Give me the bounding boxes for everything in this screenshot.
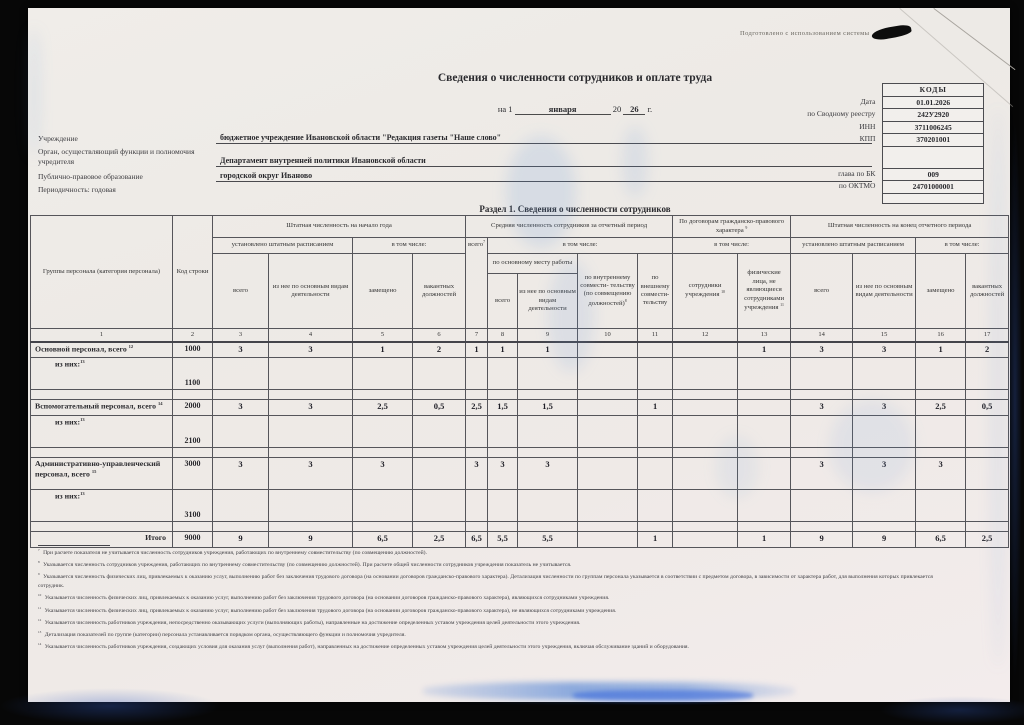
cell-value: 3 [269,458,353,490]
cell-value [673,358,738,390]
cell-value [916,448,966,458]
header-vacant: вакантных должностей [966,254,1009,329]
cell-value [791,390,853,400]
cell-value [791,490,853,522]
header-of-main: из нее по основным видам деятельности [853,254,916,329]
section-title: Раздел 1. Сведения о численности сотрудн… [208,204,942,214]
cell-value [916,358,966,390]
column-number: 10 [578,329,638,342]
cell-value [213,416,269,448]
cell-value: 1 [738,532,791,548]
column-number: 5 [353,329,413,342]
table-row: Основной персонал, всего 121000331211113… [31,342,1009,358]
row-label: Вспомогательный персонал, всего 14 [31,400,173,416]
cell-value [213,490,269,522]
cell-value [578,458,638,490]
cell-value: 6,5 [916,532,966,548]
cell-value [738,358,791,390]
cell-value [578,342,638,358]
requisite-value: Департамент внутренней политики Ивановск… [216,155,872,167]
cell-value [791,358,853,390]
cell-value: 1 [916,342,966,358]
cell-value: 2 [413,342,466,358]
cell-value [966,358,1009,390]
cell-value [353,522,413,532]
codes-row: Дата01.01.2026 [744,96,984,110]
cell-value: 1 [738,342,791,358]
codes-value: 370201001 [882,133,984,147]
cell-value [673,390,738,400]
cell-value [578,390,638,400]
cell-value [916,390,966,400]
footnote: 14 Указывается численность работников уч… [38,642,944,652]
cell-value [966,522,1009,532]
cell-value [673,458,738,490]
footnote-rule [38,545,110,546]
table-row [31,390,1009,400]
cell-value [488,390,518,400]
date-year: 26 [623,104,645,115]
cell-value: 0,5 [966,400,1009,416]
cell-value: 6,5 [353,532,413,548]
row-label: Основной персонал, всего 12 [31,342,173,358]
cell-value [966,416,1009,448]
row-code [173,390,213,400]
codes-value [882,193,984,204]
cell-value [738,522,791,532]
cell-value [413,522,466,532]
cell-value: 3 [269,342,353,358]
codes-header: КОДЫ [882,83,984,97]
cell-value [638,448,673,458]
cell-value: 1,5 [488,400,518,416]
header-vacant: вакантных должностей [413,254,466,329]
header-approved: установлено штатным расписанием [213,238,353,254]
staff-table: Группы персонала (категория персонала) К… [30,215,1009,548]
cell-value [966,448,1009,458]
cell-value: 3 [853,400,916,416]
codes-value: 01.01.2026 [882,96,984,110]
column-number: 1 [31,329,173,342]
row-code: 3000 [173,458,213,490]
requisite-row: Орган, осуществляющий функции и полномоч… [38,147,872,167]
row-label: из них:13 [31,490,173,522]
row-code: 2100 [173,416,213,448]
cell-value [488,448,518,458]
header-total: всего [213,254,269,329]
cell-value [673,342,738,358]
date-prefix: на 1 [498,104,513,114]
requisite-row: Публично-правовое образованиегородской о… [38,170,872,182]
row-code [173,522,213,532]
cell-value: 3 [791,400,853,416]
cell-value [578,448,638,458]
table-row: Вспомогательный персонал, всего 14200033… [31,400,1009,416]
cell-value [413,358,466,390]
cell-value: 5,5 [488,532,518,548]
codes-value: 24701000001 [882,180,984,194]
cell-value [213,522,269,532]
prepared-note-text: Подготовлено с использованием системы [740,30,869,37]
cell-value: 3 [916,458,966,490]
cell-value [518,490,578,522]
footnote: 10 Указывается численность физических ли… [38,593,944,603]
cell-value: 9 [791,532,853,548]
header-total: всего [791,254,853,329]
cell-value: 3 [488,458,518,490]
cell-value: 1 [466,342,488,358]
cell-value [466,490,488,522]
column-number: 7 [466,329,488,342]
cell-value [518,522,578,532]
cell-value [916,416,966,448]
cell-value: 2,5 [466,400,488,416]
cell-value [466,358,488,390]
table-row: из них:132100 [31,416,1009,448]
cell-value [673,522,738,532]
column-number: 2 [173,329,213,342]
table-row: Итого9000996,52,56,55,55,511996,52,5 [31,532,1009,548]
cell-value [791,416,853,448]
footnote: 13 Детализация показателей по группе (ка… [38,630,944,640]
header-incl: в том числе: [916,238,1009,254]
date-century: 20 [613,104,622,114]
cell-value: 3 [791,458,853,490]
cell-value [578,522,638,532]
column-number: 8 [488,329,518,342]
cell-value [466,390,488,400]
codes-value: 242У2920 [882,108,984,122]
cell-value: 3 [353,458,413,490]
requisite-label: Орган, осуществляющий функции и полномоч… [38,147,216,167]
cell-value [488,358,518,390]
column-number: 17 [966,329,1009,342]
cell-value [673,490,738,522]
column-number: 6 [413,329,466,342]
cell-value [638,342,673,358]
cell-value [353,416,413,448]
cell-value: 2,5 [413,532,466,548]
codes-value: 3711006245 [882,121,984,135]
cell-value [269,390,353,400]
cell-value [738,448,791,458]
cell-value [966,490,1009,522]
row-code: 1100 [173,358,213,390]
fold-line [933,8,1015,70]
cell-value: 9 [213,532,269,548]
cell-value [518,416,578,448]
cell-value: 2,5 [353,400,413,416]
cell-value [213,390,269,400]
cell-value [578,490,638,522]
cell-value [213,448,269,458]
cell-value [966,390,1009,400]
cell-value: 5,5 [518,532,578,548]
header-replaced: замещено [916,254,966,329]
row-label [31,390,173,400]
codes-row: по Сводному реестру242У2920 [744,108,984,122]
requisite-value: бюджетное учреждение Ивановской области … [216,132,872,144]
cell-value [738,490,791,522]
cell-value [853,390,916,400]
header-groups: Группы персонала (категория персонала) [31,216,173,329]
table-row: из них:133100 [31,490,1009,522]
header-staff-emp: сотрудники учреждения 10 [673,254,738,329]
cell-value: 6,5 [466,532,488,548]
cell-value: 3 [213,458,269,490]
cell-value [353,448,413,458]
header-civil-contracts: По договорам гражданско-правового характ… [673,216,791,238]
cell-value [673,448,738,458]
column-numbers-row: 1234567891011121314151617 [31,329,1009,342]
table-row: из них:131100 [31,358,1009,390]
cell-value [853,448,916,458]
cell-value [853,522,916,532]
requisite-row: Учреждениебюджетное учреждение Ивановско… [38,132,872,144]
cell-value [738,416,791,448]
requisite-label: Учреждение [38,134,216,144]
header-total: всего [488,274,518,329]
scan-streak [423,682,795,700]
requisites: Учреждениебюджетное учреждение Ивановско… [38,132,872,197]
date-suffix: г. [648,104,653,114]
cell-value [638,490,673,522]
cell-value: 3 [213,342,269,358]
table-header: Группы персонала (категория персонала) К… [31,216,1009,342]
cell-value: 1,5 [518,400,578,416]
cell-value [488,522,518,532]
codes-header-row: КОДЫ [744,83,984,97]
cell-value: 9 [269,532,353,548]
date-month: января [515,104,611,115]
column-number: 11 [638,329,673,342]
cell-value: 3 [466,458,488,490]
cell-value [916,522,966,532]
header-replaced: замещено [353,254,413,329]
cell-value [466,416,488,448]
redaction-blob [871,24,912,42]
cell-value [413,490,466,522]
row-code: 9000 [173,532,213,548]
table-row [31,448,1009,458]
column-number: 9 [518,329,578,342]
column-number: 13 [738,329,791,342]
cell-value: 9 [853,532,916,548]
cell-value: 1 [638,400,673,416]
cell-value [269,416,353,448]
scan-streak [573,690,753,701]
header-approved: установлено штатным расписанием [791,238,916,254]
cell-value [673,532,738,548]
cell-value [488,416,518,448]
cell-value [353,358,413,390]
cell-value [518,390,578,400]
cell-value [269,358,353,390]
footnote: 8 Указывается численность сотрудников уч… [38,560,944,570]
cell-value: 1 [353,342,413,358]
header-incl: в том числе: [488,238,673,254]
requisite-label: Периодичность: годовая [38,185,216,195]
cell-value [269,448,353,458]
row-label [31,448,173,458]
codes-value [882,146,984,169]
cell-value: 0,5 [413,400,466,416]
cell-value [578,532,638,548]
cell-value [413,458,466,490]
codes-label: Дата [744,96,882,110]
cell-value [966,458,1009,490]
footnote: 12 Указывается численность работников уч… [38,618,944,628]
column-number: 14 [791,329,853,342]
cell-value: 3 [213,400,269,416]
cell-value [413,416,466,448]
cell-value [638,416,673,448]
cell-value: 3 [518,458,578,490]
header-of-main: из нее по основным видам деятельности [518,274,578,329]
header-total: всего7 [466,238,488,329]
cell-value [738,390,791,400]
column-number: 16 [916,329,966,342]
prepared-note: Подготовлено с использованием системы [740,24,911,37]
cell-value [518,358,578,390]
cell-value [353,390,413,400]
cell-value [791,448,853,458]
header-phys: физические лица, не являющиеся сотрудник… [738,254,791,329]
cell-value: 3 [269,400,353,416]
footnote: 7 При расчете показателя не учитывается … [38,548,944,558]
requisite-row: Периодичность: годовая [38,185,872,195]
cell-value: 1 [488,342,518,358]
row-code: 1000 [173,342,213,358]
header-average: Средняя численность сотрудников за отчет… [466,216,673,238]
table-row: Административно-управленческий персонал,… [31,458,1009,490]
column-number: 4 [269,329,353,342]
cell-value [638,390,673,400]
cell-value [638,458,673,490]
codes-value: 009 [882,168,984,182]
cell-value: 2,5 [966,532,1009,548]
cell-value [638,358,673,390]
header-external: по внешнему совмести- тельству [638,254,673,329]
cell-value [269,490,353,522]
header-incl: в том числе: [353,238,466,254]
cell-value [853,416,916,448]
row-label: из них:13 [31,416,173,448]
row-code: 3100 [173,490,213,522]
cell-value [853,358,916,390]
footnotes: 7 При расчете показателя не учитывается … [38,548,944,655]
cell-value [638,522,673,532]
cell-value [578,416,638,448]
header-main-place: по основному месту работы [488,254,578,274]
edge-glow [1008,120,1022,680]
cell-value [853,490,916,522]
header-incl: в том числе: [673,238,791,254]
cell-value: 1 [638,532,673,548]
table-body: Основной персонал, всего 121000331211113… [31,342,1009,548]
cell-value [466,522,488,532]
cell-value [413,448,466,458]
header-start-year: Штатная численность на начало года [213,216,466,238]
cell-value [916,490,966,522]
column-number: 12 [673,329,738,342]
cell-value: 3 [853,342,916,358]
cell-value [269,522,353,532]
column-number: 3 [213,329,269,342]
cell-value [578,400,638,416]
requisite-label: Публично-правовое образование [38,172,216,182]
cell-value [578,358,638,390]
staff-table-wrap: Группы персонала (категория персонала) К… [30,215,1008,548]
row-label [31,522,173,532]
row-label: Административно-управленческий персонал,… [31,458,173,490]
header-of-main: из нее по основным видам деятельности [269,254,353,329]
cell-value [466,448,488,458]
requisite-value: городской округ Иваново [216,170,872,182]
cell-value [353,490,413,522]
header-internal: по внутреннему совмести- тельству (по со… [578,254,638,329]
table-row [31,522,1009,532]
cell-value [738,400,791,416]
cell-value [738,458,791,490]
cell-value: 2,5 [916,400,966,416]
header-end-period: Штатная численность на конец отчетного п… [791,216,1009,238]
cell-value [213,358,269,390]
cell-value: 2 [966,342,1009,358]
cell-value [673,400,738,416]
cell-value: 3 [791,342,853,358]
cell-value: 1 [518,342,578,358]
column-number: 15 [853,329,916,342]
cell-value [488,490,518,522]
codes-label: по Сводному реестру [744,108,882,122]
cell-value [791,522,853,532]
cell-value [413,390,466,400]
footnote: 9 Указывается численность физических лиц… [38,572,944,591]
header-code: Код строки [173,216,213,329]
cell-value [518,448,578,458]
row-label: из них:13 [31,358,173,390]
scanned-page: Подготовлено с использованием системы Св… [28,8,1010,702]
cell-value: 3 [853,458,916,490]
footnote: 11 Указывается численность физических ли… [38,606,944,616]
cell-value [673,416,738,448]
row-code: 2000 [173,400,213,416]
row-code [173,448,213,458]
